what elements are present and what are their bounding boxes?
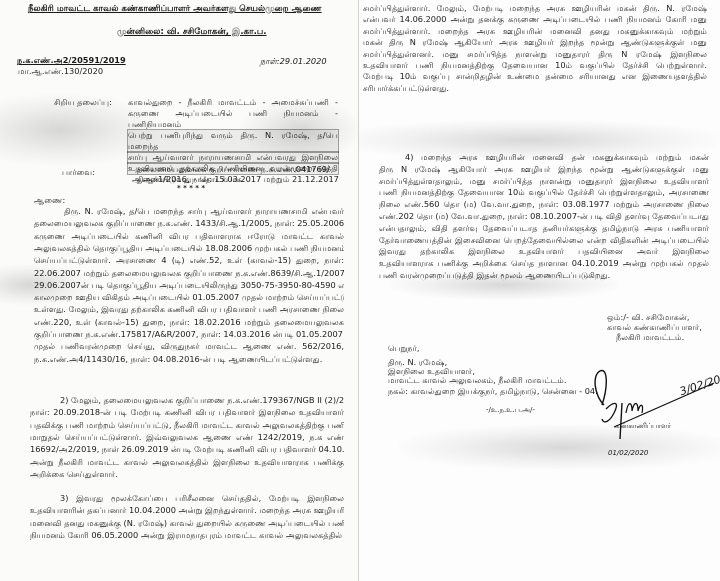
document-title: நீலகிரி மாவட்ட காவல் கண்காணிப்பாளர் அவர்… xyxy=(28,4,322,15)
paragraph-line: கருணை அடிப்படையில் கணினி விபர பதிவாளராக … xyxy=(34,231,344,242)
paragraph-line: நிலை எண்.560 தொ (ம) வே.வா.துறை, நாள்: 03… xyxy=(379,199,709,210)
paragraph-line: உதவியாளராக பணிக்கு அறிக்கை செய்த நாளான 0… xyxy=(379,258,709,269)
paragraph-line: திரு N ரமேஷ் ஆகியோர் அரசு ஊழியர் இறந்த ம… xyxy=(379,164,709,175)
paragraph-line: என்பவர் 14.06.2000 அன்று தனக்கு கருணை அட… xyxy=(363,14,707,25)
copy-to-line: நகல்: காவல்துறை இயக்குநர், தமிழ்நாடு, செ… xyxy=(388,386,598,397)
paragraph-line: செய்யப்பட்டுள்ளார். அரசாணை 4 (டி) எண்.52… xyxy=(34,255,344,266)
paragraph-line: சமர்ப்பித்துள்ளதாலும், மனு சமர்ப்பித்த ந… xyxy=(379,176,709,187)
paragraph-line: சரிபார்க்கப்பட்டுள்ளது. xyxy=(363,83,707,94)
paragraph-line: ந.க.எண்.அ4/11430/16, நாள்: 04.08.2016-ன்… xyxy=(34,354,344,365)
paragraph-line: பணி நியமனத்திற்கு தேவையான 10ம் வகுப்பில்… xyxy=(379,187,709,198)
paragraph-line: சமர்ப்பித்துள்ளனர். மனு சமர்ப்பித்த நாளன… xyxy=(363,49,707,60)
separator-stars: * * * * * xyxy=(177,183,205,194)
paragraph-line: நாள்: 20.09.2018-ன் படி மேற்படி கணினி வி… xyxy=(30,407,344,418)
reference-number: ந.க.எண்.அ2/20591/2019 xyxy=(17,55,126,66)
paragraph-line: பணி வரன்முறைப்படுத்தி இதன் மூலம் ஆணையிடப… xyxy=(379,270,709,281)
paragraph-line: பதவிக்கு பணி மாற்றம் செய்யப்பட்டு, நீலகி… xyxy=(30,420,344,431)
reference-line: சிஆர்1/2016, நாள்: 15.03.2017 மற்றும் 21… xyxy=(137,174,339,185)
subject-line: பெற்று பணிபுரிந்து வரும் திரு. N. ரமேஷ்,… xyxy=(128,130,338,152)
paragraph-line: நியமனம் கோரி 06.05.2000 அன்று இராமநாதபுர… xyxy=(30,530,344,541)
initial-date: 01/02/2020 xyxy=(608,448,648,459)
paragraph-line: சமர்ப்பித்துள்ளார். மறைந்த அரசு ஊழியரின்… xyxy=(363,26,707,37)
recipient-label: பெறுநர், xyxy=(388,343,419,354)
paragraph-line: தேர்வாணையத்தின் இசைவினை பெறத்தேவையில்லை … xyxy=(379,235,709,246)
recipient-line: மாவட்ட காவல் அலுவலகம், நீலகிரி மாவட்டம். xyxy=(388,375,566,386)
paragraph-line: முதல் பணிவரன்முறை செய்து, விருதுநகர் மாவ… xyxy=(34,341,344,352)
paragraph-line: 22.06.2007 மற்றும் தலைமையலுவலக குறிப்பாண… xyxy=(34,268,344,279)
reference-label: பார்வை: xyxy=(62,167,95,178)
paragraph-line: திரு. N. ரமேஷ், த/பெ மறைந்த சார்பு ஆய்வா… xyxy=(64,206,344,217)
paragraph-line: எண்.202 தொ (ம) வே.வா.துறை, நாள்: 08.10.2… xyxy=(379,211,709,222)
document-page-1: நீலகிரி மாவட்ட காவல் கண்காணிப்பாளர் அவர்… xyxy=(0,0,358,581)
paragraph-line: குறிப்பாணை ந.க.எண்.175817/A&R/2007, நாள்… xyxy=(34,329,344,340)
paragraph-line: என்பதாலும், விதி தளர்வு தேவைப்படாத தனியர… xyxy=(379,223,709,234)
paragraph-line: உள்ளது. மேலும், இவரது தற்காலிக கணினி விப… xyxy=(34,304,344,315)
attestation-mark: -/உ.ந.உ.ப.அ/- xyxy=(486,405,535,416)
paragraph-line: 3) இவரது மூலக்கோப்பை பரிசீலனை செய்ததில்,… xyxy=(60,493,344,504)
paragraph-line: உதவியாளர் பணி நியமனத்திற்கு தேவையான 10ம்… xyxy=(363,60,707,71)
paragraph-line: தலைமையலுவலக குறிப்பாணை ந.க.எண். 1433/சி.… xyxy=(34,218,344,229)
paragraph-line: மேற்படி 10ம் வகுப்பு சான்றிதழின் உண்மை த… xyxy=(363,71,707,82)
paragraph-line: எண்.220, உள் (காவல்-15) துறை, நாள்: 18.0… xyxy=(34,317,344,328)
paragraph-line: காலமுறை ஊதிய விகிதம் அடிப்படையில் 01.05.… xyxy=(34,292,344,303)
subject-line: கருணை அடிப்படையில் பணி நியமனம் - பணிநியம… xyxy=(128,108,338,130)
paragraph-line: உதவியாளரின் தகப்பனார் 10.04.2000 அன்று இ… xyxy=(30,505,344,516)
order-number: மா.ஆ.எண்.130/2020 xyxy=(18,66,103,77)
subject-label: சிறிய தலைப்பு: xyxy=(54,97,112,108)
document-page-2: சமர்ப்பித்துள்ளார். மேலும், மேற்படி மறைந… xyxy=(359,0,720,581)
paragraph-line: அலுவலகத்தில் தொகுப்பூதிய அடிப்படையில் 18… xyxy=(34,243,344,254)
paragraph-line: சமர்ப்பித்துள்ளார். மேலும், மேற்படி மறைந… xyxy=(363,3,707,14)
signature-icon xyxy=(574,365,720,445)
paragraph-line: மாறுதல் செய்யப்பட்டுள்ளார். இவ்வலுவலக ஆண… xyxy=(30,432,344,443)
paragraph-line: அறிக்கை செய்துள்ளார். xyxy=(30,469,344,480)
signoff-line: நீலகிரி மாவட்டம். xyxy=(616,332,684,343)
paragraph-line: 29.06.2007ன் படி தொகுப்பூதிய அடிப்படையில… xyxy=(34,280,344,291)
paragraph-line: மனைவி தனது மகனுக்கு (N. ரமேஷ்) காவல் துற… xyxy=(30,518,344,529)
subject-line: காவல்துறை - நீலகிரி மாவட்டம் - அமைச்சுப்… xyxy=(128,97,338,108)
paragraph-line: மகன் திரு N ரமேஷ் ஆகியோர் அரசு ஊழியர் இற… xyxy=(363,37,707,48)
paragraph-line: 2) மேலும், தலைமையலுவலக குறிப்பாணை ந.க.எண… xyxy=(60,395,344,406)
paragraph-line: 4) மறைந்த அரசு ஊழியரின் மனைவி தன் மகனுக்… xyxy=(405,152,709,163)
paragraph-line: அன்று நீலகிரி மாவட்ட காவல் அலுவலகத்தில் … xyxy=(30,457,344,468)
paragraph-line: 16692/அ2/2019, நாள் 26.09.2019 ன்படி மேற… xyxy=(30,444,344,455)
document-date: நாள்:29.01.2020 xyxy=(260,56,327,67)
order-label: ஆணை: xyxy=(34,195,65,206)
subject-line: சார்பு ஆய்வாளர் நாராயணசாமி என்பவரது இளநி… xyxy=(128,152,338,163)
paragraph-line: இவரது தற்காலிக இளநிலை உதவியாளர் பதவியினை… xyxy=(379,246,709,257)
issuer-line: முன்னிலை: வி. சசிமோகன், இ.கா.ப. xyxy=(117,27,267,38)
